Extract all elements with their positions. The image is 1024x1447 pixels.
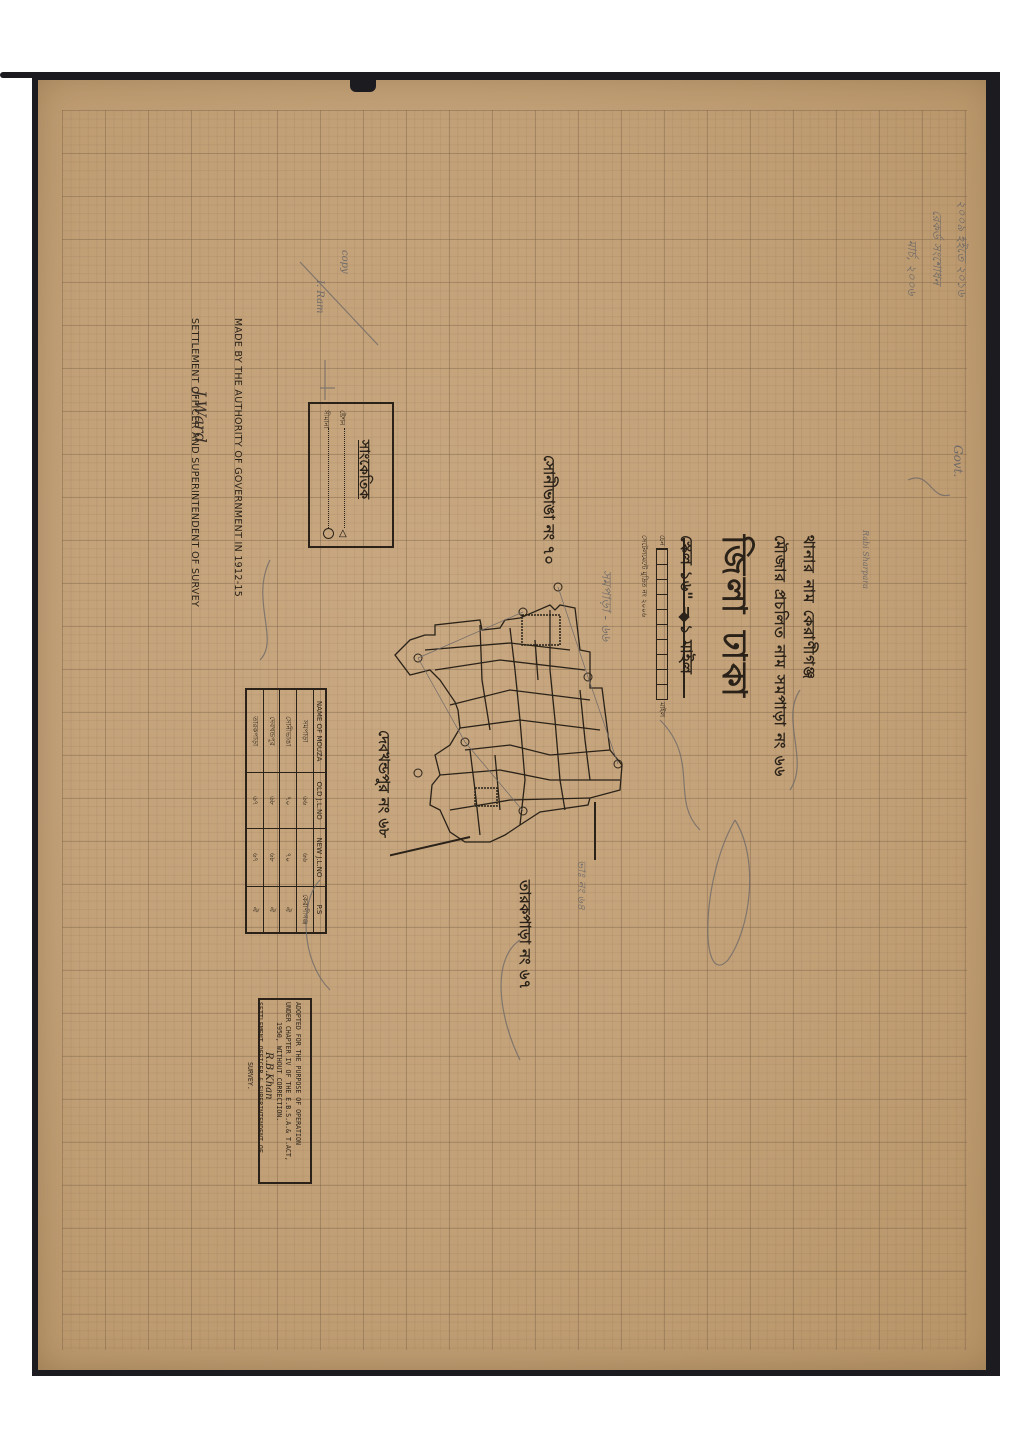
pencil-strokes	[0, 0, 1024, 1447]
